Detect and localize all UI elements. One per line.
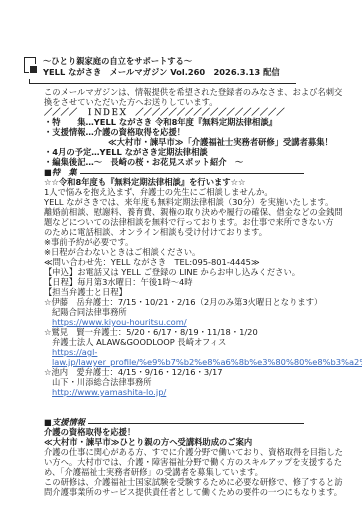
newsletter-page: ～ひとり親家庭の自立をサポートする～ YELL ながさき メールマガジン Vol… — [0, 0, 362, 497]
feature-section-label: ■特 集 — [44, 167, 77, 177]
mail-mark-corner — [24, 64, 29, 73]
feature-body-line: のために電話相談、オンライン相談も受け付けております。 — [44, 227, 326, 237]
support-section-header: ■支援情報 — [44, 417, 304, 427]
newsletter-header: ～ひとり親家庭の自立をサポートする～ YELL ながさき メールマガジン Vol… — [24, 56, 326, 87]
lawyer-entry: ☆池内 愛弁護士：4/15・9/16・12/16・3/17 山下・川添総合法律事… — [44, 367, 326, 397]
support-section-label: ■支援情報 — [44, 417, 85, 427]
feature-body-line: 1人で悩みを抱え込まず、弁護士の先生にご相談しませんか。 — [44, 187, 326, 197]
lawyers-label: 【担当弁護士と日程】 — [44, 287, 326, 297]
feature-section: ■特 集 ☆☆令和8年度も『無料定期法律相談』を行います☆☆ 1人で悩みを抱え込… — [44, 167, 326, 397]
feature-body-line: 題などについての法律相談を無料で行っております。お仕事で来所できない方 — [44, 217, 326, 227]
note-schedule: ※日程が合わないときはご相談ください。 — [44, 247, 326, 257]
schedule-info: 【日程】毎月第3水曜日：午後1時～4時 — [44, 277, 326, 287]
mail-mark-top — [24, 57, 36, 64]
feature-body-line: YELL ながさきでは、来年度も無料定期法律相談（30分）を実施いたします。 — [44, 197, 326, 207]
law-office-name: 弁護士法人 ALAW&GOODLOOP 長崎オフィス — [44, 337, 326, 347]
section-rule — [80, 173, 304, 174]
contact-info: ≪問い合わせ先：YELL ながさき TEL:095-801-4445≫ — [44, 257, 326, 267]
intro-line: 換をさせていただいた方へお送りしています。 — [44, 97, 326, 107]
support-subtitle: ≪大村市・諫早市≫ひとり親の方へ受講料助成のご案内 — [44, 437, 326, 447]
feature-section-header: ■特 集 — [44, 167, 304, 177]
intro-paragraph: このメールマガジンは、情報提供を希望された登録者のみなさま、および名刺交 換をさ… — [44, 87, 326, 107]
header-underline — [29, 79, 296, 84]
index-item-support-sub: ≪大村市・諫早市≫「介護福祉士実務者研修」受講者募集！ — [44, 137, 326, 147]
index-item-support: ・支援情報…介護の資格取得を応援！ — [44, 127, 326, 137]
feature-body-line: 離婚前相談、慰謝料、養育費、親権の取り決めや履行の確保、借金などの金銭問 — [44, 207, 326, 217]
mail-mark-square — [30, 66, 37, 73]
header-text: ～ひとり親家庭の自立をサポートする～ YELL ながさき メールマガジン Vol… — [43, 56, 296, 87]
lawyer-name-schedule: ☆池内 愛弁護士：4/15・9/16・12/16・3/17 — [44, 367, 326, 377]
mail-mark-bottom — [24, 64, 38, 73]
support-body-line: い方へ。大村市では、介護・障害福祉分野で働く方のスキルアップを支援するた — [44, 457, 326, 467]
index-item-postscript: ・編集後記…～ 長崎の桜・お花見スポット紹介 ～ — [44, 157, 326, 167]
lawyer-entry: ☆伊藤 岳弁護士：7/15・10/21・2/16（2月のみ第3火曜日となります）… — [44, 297, 326, 327]
index-block: ／／／／ ＩＮＤＥＸ ／／／／／／／／／／／／／／／／／／ ・特 集…YELL … — [44, 107, 326, 167]
newsletter-tagline: ～ひとり親家庭の自立をサポートする～ — [43, 56, 296, 67]
lawyer-name-schedule: ☆鷲見 賢一弁護士：5/20・6/17・8/19・11/18・1/20 — [44, 327, 326, 337]
index-heading: ／／／／ ＩＮＤＥＸ ／／／／／／／／／／／／／／／／／／ — [44, 107, 326, 117]
law-office-link[interactable]: https://agl- — [52, 347, 97, 357]
intro-line: このメールマガジンは、情報提供を希望された登録者のみなさま、および名刺交 — [44, 87, 326, 97]
index-item-feature: ・特 集…YELL ながさき 令和8年度『無料定期法律相談』 — [44, 117, 326, 127]
support-section: ■支援情報 介護の資格取得を応援！ ≪大村市・諫早市≫ひとり親の方へ受講料助成の… — [44, 417, 326, 497]
index-item-april: ・4月の予定…YELL ながさき定期法律相談 — [44, 147, 326, 157]
support-body-line: め、「介護福祉士実務者研修」の受講者を募集しています。 — [44, 467, 326, 477]
support-body-line: 問介護事業所のサービス提供責任者として働くための要件の一つにもなります。 — [44, 487, 326, 497]
support-body-line: 介護の仕事に関心がある方、すでに介護分野で働いており、資格取得を目指した — [44, 447, 326, 457]
apply-info: 【申込】お電話又は YELL ご登録の LINE からお申し込みください。 — [44, 267, 326, 277]
law-office-link[interactable]: http://www.yamashita-lo.jp/ — [52, 387, 166, 397]
note-reservation: ※事前予約が必要です。 — [44, 237, 326, 247]
law-office-link[interactable]: law.jp/lawyer_profile/%e9%b7%b2%e8%a6%8b… — [52, 357, 362, 367]
section-rule — [88, 423, 304, 424]
law-office-link[interactable]: https://www.kiyou-houritsu.com/ — [52, 317, 187, 327]
support-title: 介護の資格取得を応援！ — [44, 427, 326, 437]
law-office-name: 山下・川添総合法律事務所 — [44, 377, 326, 387]
lawyer-name-schedule: ☆伊藤 岳弁護士：7/15・10/21・2/16（2月のみ第3火曜日となります） — [44, 297, 326, 307]
lawyer-entry: ☆鷲見 賢一弁護士：5/20・6/17・8/19・11/18・1/20 弁護士法… — [44, 327, 326, 367]
feature-title: ☆☆令和8年度も『無料定期法律相談』を行います☆☆ — [44, 177, 326, 187]
newsletter-title: YELL ながさき メールマガジン Vol.260 2026.3.13 配信 — [43, 67, 296, 78]
support-body-line: この研修は、介護福祉士国家試験を受験するために必要な研修で、修了すると訪 — [44, 477, 326, 487]
law-office-name: 紀陽合同法律事務所 — [44, 307, 326, 317]
